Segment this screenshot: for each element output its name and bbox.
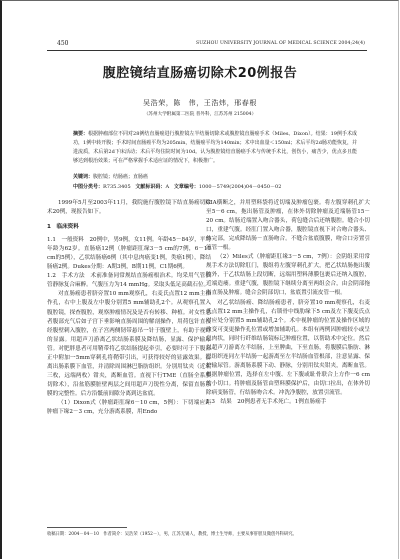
article-no-value: 1000－5749(2004)04－0450－02 [199,184,282,190]
abstract-label: 摘要： [73,131,88,137]
doc-code-label: 文献标识码： [135,184,165,190]
article-title: 腹腔镜结直肠癌切除术20例报告 [0,62,400,81]
footnote: 收稿日期：2004－04－10 作者简介：吴浩荣（1952－），男，江苏无锡人，… [47,531,367,537]
body-paragraph: 对直肠癌患者脐旁置10 mm观察孔，右麦氏点置12 mm主操作孔，右中上腹及左中… [47,290,211,399]
section-heading: 1 临床资料 [47,223,211,232]
body-paragraph: 1.3 结果 20例患者无手术死亡。1例直肠癌手 [206,398,370,407]
body-left-column: 1999年5月至2003年11月，我院施行腹腔镜下结直肠癌切除术20例，现报告如… [47,199,211,417]
body-paragraph: （1）Dixon式（肿瘤距肛缘6－10 cm，5例）：下切端应距肿瘤下缘2－3 … [47,399,211,417]
body-paragraph: （2）Miles式（肿瘤距肛缘3－5 cm，7例）：会阴组采用常规手术方法切除肛… [206,253,370,298]
body-paragraph: GIA横断之，并用塑料袋将近切端及肿瘤包裹。将左腹穿刺孔扩大至5－6 cm，拖出… [206,199,370,253]
body-paragraph: 1999年5月至2003年11月，我院施行腹腔镜下结直肠癌切除术20例，现报告如… [47,199,211,217]
abstract: 摘要：根据肿瘤部位不同对28例结直肠癌进行腹腔镜左半结肠切除术或腹腔镜直肠癌手术… [73,130,357,166]
clc-label: 中图分类号： [73,184,103,190]
classification-line: 中图分类号：R735.3405 文献标识码：A 文章编号：1000－5749(2… [73,183,357,190]
article-no-label: 文章编号： [174,184,199,190]
body-paragraph: 1.2 手术方法 术前准备同常规结直肠癌根治术。均采用气管插管静脉复合麻醉。气腹… [47,272,211,290]
article-authors: 吴浩荣，陈 伟，王浩炜，邢春根 [0,98,400,108]
article-affiliation: （苏州大学附属第二医院 普外科，江苏苏州 215004） [0,111,400,117]
doc-code-value: A [165,184,169,190]
body-paragraph: 1.1 一般资料 20例中，男9例，女11例。年龄45－84岁，平均年龄为62岁… [47,236,211,272]
abstract-text: 根据肿瘤部位不同对28例结直肠癌进行腹腔镜左半结肠切除术或腹腔镜直肠癌手术（Mi… [73,131,357,164]
keywords-text: 腹腔镜；结肠癌；直肠癌 [93,174,148,180]
journal-name: SUZHOU UNIVERSITY JOURNAL OF MEDICAL SCI… [196,41,365,46]
keywords-label: 关键词： [73,174,93,180]
running-header: 450 SUZHOU UNIVERSITY JOURNAL OF MEDICAL… [47,38,367,51]
keywords: 关键词：腹腔镜；结肠癌；直肠癌 [73,173,357,180]
body-paragraph: 对乙状结肠癌、降结肠癌患者，脐旁置10 mm观察孔，右麦氏点置12 mm主操作孔… [206,299,370,399]
clc-value: R735.3405 [103,184,131,190]
body-right-column: GIA横断之，并用塑料袋将近切端及肿瘤包裹。将左腹穿刺孔扩大至5－6 cm，拖出… [206,199,370,407]
footnote-rule [47,527,127,528]
page-number: 450 [57,40,68,47]
